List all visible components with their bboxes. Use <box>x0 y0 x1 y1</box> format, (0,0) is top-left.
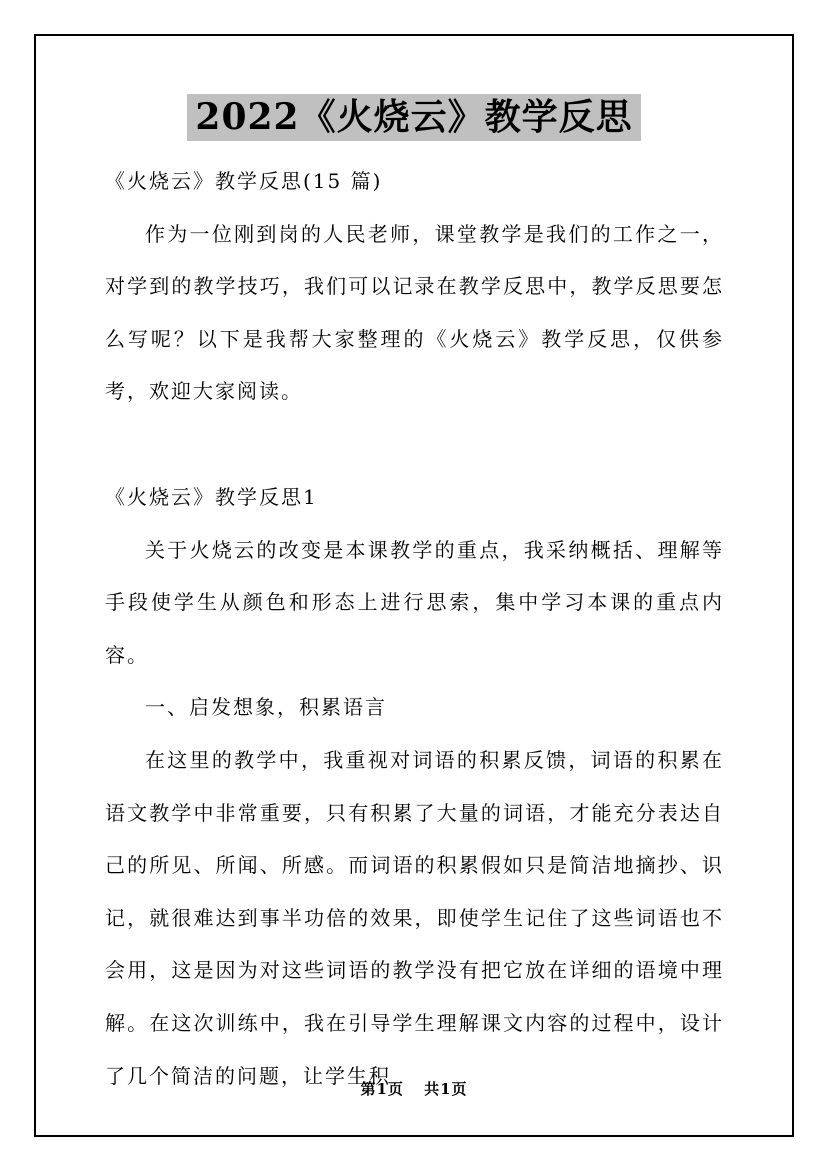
intro-paragraph: 作为一位刚到岗的人民老师，课堂教学是我们的工作之一，对学到的教学技巧，我们可以记… <box>105 208 724 418</box>
collection-count-line: 《火烧云》教学反思(15 篇) <box>105 155 724 208</box>
subsection-heading-imagination: 一、启发想象，积累语言 <box>105 681 724 734</box>
current-page-label: 第1页 <box>360 1080 403 1098</box>
page-footer: 第1页 共1页 <box>36 1078 792 1099</box>
blank-line <box>105 418 724 471</box>
document-title: 2022《火烧云》教学反思 <box>187 94 640 141</box>
total-pages-label: 共1页 <box>424 1080 467 1098</box>
body-paragraph-focus: 关于火烧云的改变是本课教学的重点，我采纳概括、理解等手段使学生从颜色和形态上进行… <box>105 524 724 682</box>
title-row: 2022《火烧云》教学反思 <box>36 94 792 141</box>
body-paragraph-vocabulary: 在这里的教学中，我重视对词语的积累反馈，词语的积累在语文教学中非常重要，只有积累… <box>105 734 724 1102</box>
document-body: 《火烧云》教学反思(15 篇) 作为一位刚到岗的人民老师，课堂教学是我们的工作之… <box>105 155 724 1102</box>
section-heading-reflection-1: 《火烧云》教学反思1 <box>105 471 724 524</box>
page-border-frame: 2022《火烧云》教学反思 《火烧云》教学反思(15 篇) 作为一位刚到岗的人民… <box>34 34 794 1137</box>
